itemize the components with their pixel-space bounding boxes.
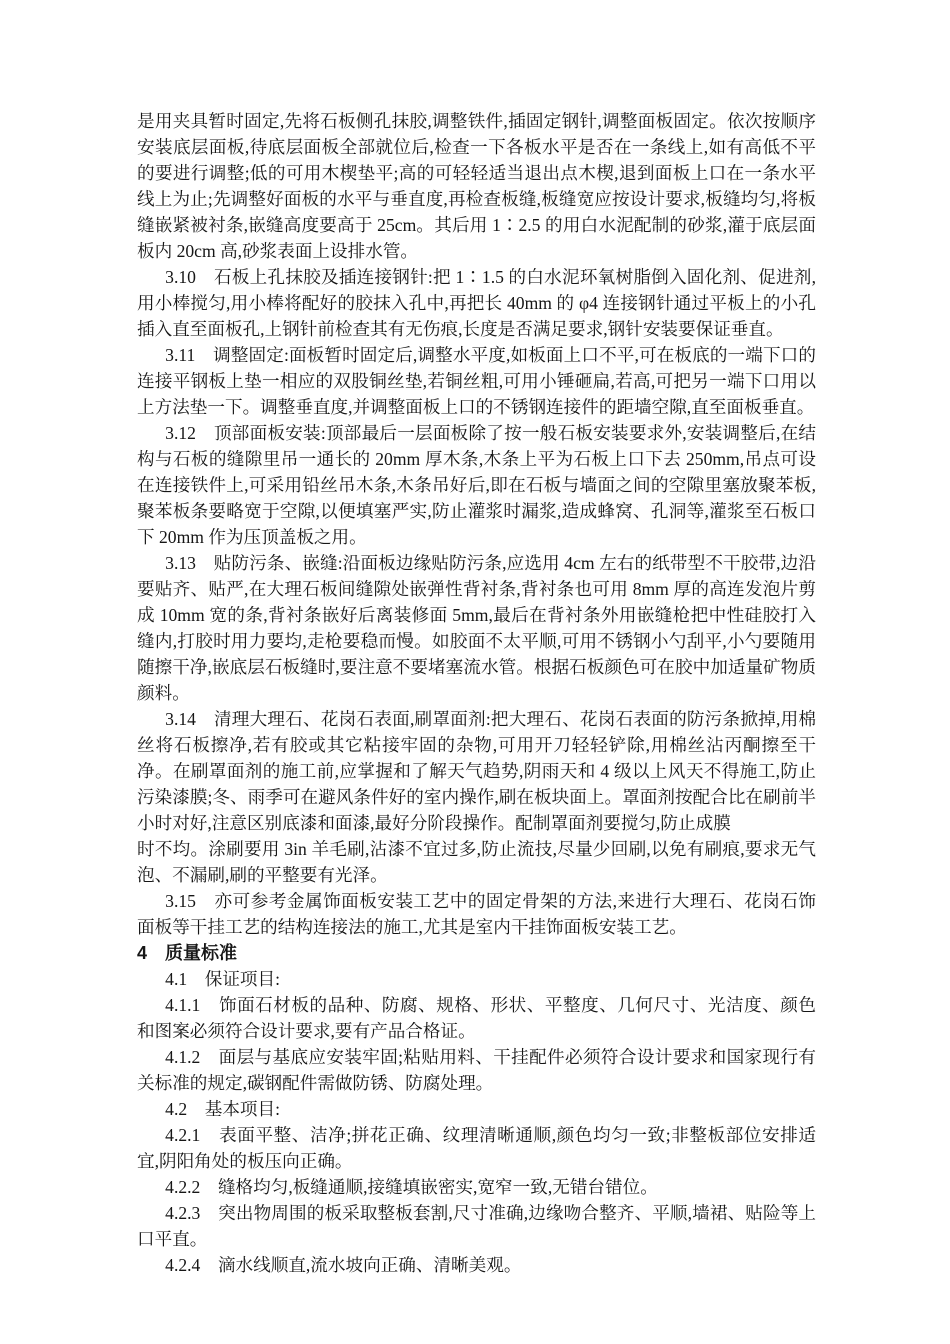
paragraph-3-14: 3.14 清理大理石、花岗石表面,刷罩面剂:把大理石、花岗石表面的防污条掀掉,用… bbox=[137, 706, 816, 836]
paragraph-3-15: 3.15 亦可参考金属饰面板安装工艺中的固定骨架的方法,来进行大理石、花岗石饰面… bbox=[137, 888, 816, 940]
paragraph-3-12: 3.12 顶部面板安装:顶部最后一层面板除了按一般石板安装要求外,安装调整后,在… bbox=[137, 420, 816, 550]
paragraph-3-13: 3.13 贴防污条、嵌缝:沿面板边缘贴防污条,应选用 4cm 左右的纸带型不干胶… bbox=[137, 550, 816, 706]
paragraph-4-1-2: 4.1.2 面层与基底应安装牢固;粘贴用料、干挂配件必须符合设计要求和国家现行有… bbox=[137, 1044, 816, 1096]
paragraph-4-1-1: 4.1.1 饰面石材板的品种、防腐、规格、形状、平整度、几何尺寸、光洁度、颜色和… bbox=[137, 992, 816, 1044]
paragraph-4-2-3: 4.2.3 突出物周围的板采取整板套割,尺寸准确,边缘吻合整齐、平顺,墙裙、贴险… bbox=[137, 1200, 816, 1252]
document-body: 是用夹具暂时固定,先将石板侧孔抹胶,调整铁件,插固定钢针,调整面板固定。依次按顺… bbox=[137, 108, 816, 1278]
paragraph-4-1: 4.1 保证项目: bbox=[137, 966, 816, 992]
paragraph-3-14-continued: 时不均。涂刷要用 3in 羊毛刷,沾漆不宜过多,防止流技,尽量少回刷,以免有刷痕… bbox=[137, 836, 816, 888]
section-heading-quality-standard: 4 质量标准 bbox=[137, 940, 816, 966]
paragraph-3-10: 3.10 石板上孔抹胶及插连接钢针:把 1∶1.5 的白水泥环氧树脂倒入固化剂、… bbox=[137, 264, 816, 342]
paragraph-4-2-1: 4.2.1 表面平整、洁净;拼花正确、纹理清晰通顺,颜色均匀一致;非整板部位安排… bbox=[137, 1122, 816, 1174]
paragraph-4-2-4: 4.2.4 滴水线顺直,流水坡向正确、清晰美观。 bbox=[137, 1252, 816, 1278]
paragraph-4-2-2: 4.2.2 缝格均匀,板缝通顺,接缝填嵌密实,宽窄一致,无错台错位。 bbox=[137, 1174, 816, 1200]
paragraph-4-2: 4.2 基本项目: bbox=[137, 1096, 816, 1122]
paragraph-3-11: 3.11 调整固定:面板暂时固定后,调整水平度,如板面上口不平,可在板底的一端下… bbox=[137, 342, 816, 420]
document-page: 是用夹具暂时固定,先将石板侧孔抹胶,调整铁件,插固定钢针,调整面板固定。依次按顺… bbox=[0, 0, 950, 1344]
paragraph-continuation: 是用夹具暂时固定,先将石板侧孔抹胶,调整铁件,插固定钢针,调整面板固定。依次按顺… bbox=[137, 108, 816, 264]
